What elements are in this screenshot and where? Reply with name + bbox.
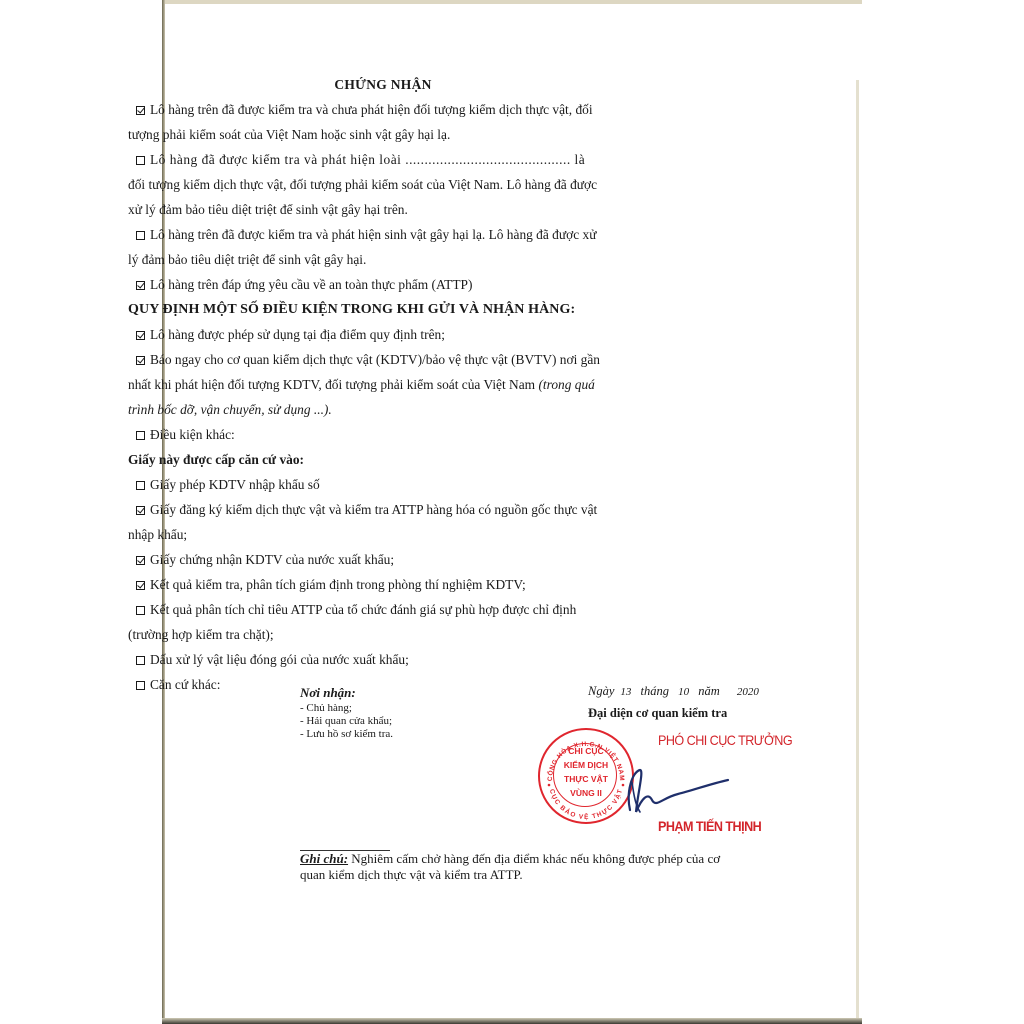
year-label: năm: [698, 684, 720, 698]
checkbox-checked-icon: [136, 281, 145, 290]
signer-title: PHÓ CHI CỤC TRƯỞNG: [658, 732, 792, 748]
conditions-heading: QUY ĐỊNH MỘT SỐ ĐIỀU KIỆN TRONG KHI GỬI …: [128, 297, 628, 322]
item-text: Căn cứ khác:: [150, 677, 220, 692]
item-text: Lô hàng trên đã được kiểm tra và chưa ph…: [150, 102, 593, 117]
checkbox-empty-icon: [136, 481, 145, 490]
item-continuation: lý đảm bảo tiêu diệt triệt để sinh vật g…: [128, 247, 628, 272]
checkbox-checked-icon: [136, 356, 145, 365]
signature-icon: [618, 762, 738, 822]
item-text: Giấy đăng ký kiểm dịch thực vật và kiểm …: [150, 502, 597, 517]
condition-item: Điều kiện khác:: [128, 422, 628, 447]
item-text-italic: (trong quá: [538, 377, 594, 392]
item-text: Kết quả phân tích chỉ tiêu ATTP của tổ c…: [150, 602, 576, 617]
recipients-label: Nơi nhận:: [300, 684, 393, 702]
checkbox-checked-icon: [136, 506, 145, 515]
item-text: Kết quả kiểm tra, phân tích giám định tr…: [150, 577, 526, 592]
checkbox-empty-icon: [136, 606, 145, 615]
recipient-item: - Chủ hàng;: [300, 702, 393, 715]
recipient-item: - Hải quan cửa khẩu;: [300, 715, 393, 728]
certification-item: Lô hàng trên đáp ứng yêu cầu về an toàn …: [128, 272, 628, 297]
item-text: Dấu xử lý vật liệu đóng gói của nước xuấ…: [150, 652, 409, 667]
checkbox-checked-icon: [136, 581, 145, 590]
certification-item: Lô hàng trên đã được kiểm tra và phát hi…: [128, 222, 628, 247]
item-continuation: trình bốc dỡ, vận chuyển, sử dụng ...).: [128, 397, 628, 422]
note-label: Ghi chú:: [300, 851, 348, 866]
issue-date: Ngày13 tháng 10 năm 2020: [588, 684, 765, 699]
page-edge-bottom: [162, 1018, 862, 1024]
representative-label: Đại diện cơ quan kiểm tra: [588, 706, 727, 721]
item-text: Điều kiện khác:: [150, 427, 235, 442]
month-label: tháng: [641, 684, 669, 698]
item-text: nhất khi phát hiện đối tượng KDTV, đối t…: [128, 377, 535, 392]
basis-item: Kết quả phân tích chỉ tiêu ATTP của tổ c…: [128, 597, 628, 622]
day-label: Ngày: [588, 684, 614, 698]
checkbox-checked-icon: [136, 331, 145, 340]
checkbox-checked-icon: [136, 106, 145, 115]
basis-section: Giấy phép KDTV nhập khẩu số Giấy đăng ký…: [128, 472, 628, 697]
page-edge-right: [856, 80, 859, 1020]
item-text: Báo ngay cho cơ quan kiểm dịch thực vật …: [150, 352, 600, 367]
certificate-title: CHỨNG NHẬN: [138, 72, 628, 97]
checkbox-empty-icon: [136, 231, 145, 240]
certification-item: Lô hàng đã được kiểm tra và phát hiện lo…: [128, 147, 628, 172]
condition-item: Lô hàng được phép sử dụng tại địa điểm q…: [128, 322, 628, 347]
item-continuation: nhập khẩu;: [128, 522, 628, 547]
signer-name: PHẠM TIẾN THỊNH: [658, 818, 761, 834]
basis-item: Kết quả kiểm tra, phân tích giám định tr…: [128, 572, 628, 597]
item-continuation: nhất khi phát hiện đối tượng KDTV, đối t…: [128, 372, 628, 397]
basis-item: Giấy chứng nhận KDTV của nước xuất khẩu;: [128, 547, 628, 572]
day-value: 13: [620, 686, 631, 698]
month-value: 10: [678, 686, 689, 698]
certification-item: Lô hàng trên đã được kiểm tra và chưa ph…: [128, 97, 628, 122]
certificate-body: CHỨNG NHẬN Lô hàng trên đã được kiểm tra…: [128, 72, 628, 697]
item-continuation: tượng phải kiểm soát của Việt Nam hoặc s…: [128, 122, 628, 147]
basis-item: Giấy đăng ký kiểm dịch thực vật và kiểm …: [128, 497, 628, 522]
conditions-section: Lô hàng được phép sử dụng tại địa điểm q…: [128, 322, 628, 447]
certification-section: Lô hàng trên đã được kiểm tra và chưa ph…: [128, 97, 628, 297]
item-continuation: đối tượng kiểm dịch thực vật, đối tượng …: [128, 172, 628, 197]
checkbox-empty-icon: [136, 431, 145, 440]
item-text: Lô hàng trên đã được kiểm tra và phát hi…: [150, 227, 596, 242]
checkbox-checked-icon: [136, 556, 145, 565]
item-text: Giấy chứng nhận KDTV của nước xuất khẩu;: [150, 552, 394, 567]
item-text: Lô hàng được phép sử dụng tại địa điểm q…: [150, 327, 445, 342]
checkbox-empty-icon: [136, 656, 145, 665]
note-text-continuation: quan kiểm dịch thực vật và kiểm tra ATTP…: [300, 867, 800, 883]
checkbox-empty-icon: [136, 681, 145, 690]
item-continuation: (trường hợp kiểm tra chặt);: [128, 622, 628, 647]
basis-item: Giấy phép KDTV nhập khẩu số: [128, 472, 628, 497]
basis-heading: Giấy này được cấp căn cứ vào:: [128, 447, 628, 472]
item-text: Giấy phép KDTV nhập khẩu số: [150, 477, 320, 492]
checkbox-empty-icon: [136, 156, 145, 165]
condition-item: Báo ngay cho cơ quan kiểm dịch thực vật …: [128, 347, 628, 372]
year-value: 2020: [737, 686, 759, 698]
item-text: Lô hàng trên đáp ứng yêu cầu về an toàn …: [150, 277, 472, 292]
recipient-item: - Lưu hồ sơ kiểm tra.: [300, 728, 393, 741]
item-continuation: xử lý đảm bảo tiêu diệt triệt để sinh vậ…: [128, 197, 628, 222]
note-text: Nghiêm cấm chở hàng đến địa điểm khác nế…: [351, 851, 720, 866]
stamp-line: CHI CỤC: [540, 744, 632, 758]
basis-item: Dấu xử lý vật liệu đóng gói của nước xuấ…: [128, 647, 628, 672]
note-block: Ghi chú: Nghiêm cấm chở hàng đến địa điể…: [300, 851, 800, 883]
recipients-block: Nơi nhận: - Chủ hàng; - Hải quan cửa khẩ…: [300, 684, 393, 741]
item-text: Lô hàng đã được kiểm tra và phát hiện lo…: [150, 152, 585, 167]
